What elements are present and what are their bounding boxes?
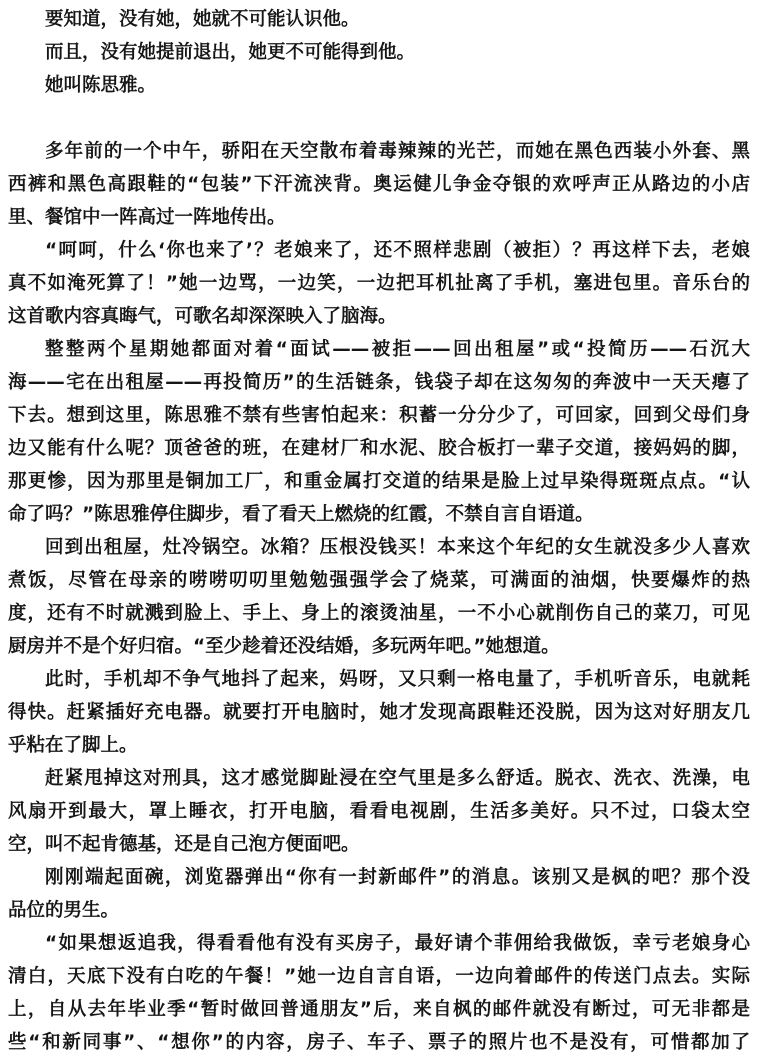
text-line: 西裤和黑色高跟鞋的“包装”下汗流浃背。奥运健儿争金夺银的欢呼声正从路边的小店 [8,168,750,201]
paragraph: “呵呵，什么‘你也来了’？老娘来了，还不照样悲剧（被拒）？再这样下去，老娘 真不… [8,234,750,333]
paragraph: 她叫陈思雅。 [8,69,750,102]
text-line: 整整两个星期她都面对着“面试——被拒——回出租屋”或“投简历——石沉大 [8,333,750,366]
text-line: 她叫陈思雅。 [8,69,750,102]
text-line: 刚刚端起面碗，浏览器弹出“你有一封新邮件”的消息。该别又是枫的吧？那个没 [8,861,750,894]
text-line: 些“和新同事”、“想你”的内容，房子、车子、票子的照片也不是没有，可惜都加了 [8,1026,750,1059]
text-line: 风扇开到最大，罩上睡衣，打开电脑，看看电视剧，生活多美好。只不过，口袋太空 [8,795,750,828]
text-line: 多年前的一个中午，骄阳在天空散布着毒辣辣的光芒，而她在黑色西装小外套、黑 [8,135,750,168]
document-page: 要知道，没有她，她就不可能认识他。 而且，没有她提前退出，她更不可能得到他。 她… [0,0,758,1062]
text-line: 命了吗？”陈思雅停住脚步，看了看天上燃烧的红霞，不禁自言自语道。 [8,498,750,531]
text-line: 海——宅在出租屋——再投简历”的生活链条，钱袋子却在这匆匆的奔波中一天天瘪了 [8,366,750,399]
paragraph: 要知道，没有她，她就不可能认识他。 [8,3,750,36]
paragraph: 整整两个星期她都面对着“面试——被拒——回出租屋”或“投简历——石沉大 海——宅… [8,333,750,531]
text-line: 回到出租屋，灶冷锅空。冰箱？压根没钱买！本来这个年纪的女生就没多少人喜欢 [8,531,750,564]
text-line: 那更惨，因为那里是铜加工厂，和重金属打交道的结果是脸上过早染得斑斑点点。“认 [8,465,750,498]
text-line: 清白，天底下没有白吃的午餐！”她一边自言自语，一边向着邮件的传送门点去。实际 [8,960,750,993]
paragraph: 多年前的一个中午，骄阳在天空散布着毒辣辣的光芒，而她在黑色西装小外套、黑 西裤和… [8,135,750,234]
text-line: 而且，没有她提前退出，她更不可能得到他。 [8,36,750,69]
text-line: 要知道，没有她，她就不可能认识他。 [8,3,750,36]
text-line: “如果想返追我，得看看他有没有买房子，最好请个菲佣给我做饭，幸亏老娘身心 [8,927,750,960]
text-line: 此时，手机却不争气地抖了起来，妈呀，又只剩一格电量了，手机听音乐，电就耗 [8,663,750,696]
text-line: 边又能有什么呢？顶爸爸的班，在建材厂和水泥、胶合板打一辈子交道，接妈妈的脚， [8,432,750,465]
paragraph: 而且，没有她提前退出，她更不可能得到他。 [8,36,750,69]
paragraph: 此时，手机却不争气地抖了起来，妈呀，又只剩一格电量了，手机听音乐，电就耗 得快。… [8,663,750,762]
text-line: 赶紧甩掉这对刑具，这才感觉脚趾浸在空气里是多么舒适。脱衣、洗衣、洗澡，电 [8,762,750,795]
text-line: 真不如淹死算了！”她一边骂，一边笑，一边把耳机扯离了手机，塞进包里。音乐台的 [8,267,750,300]
text-line: 这首歌内容真晦气，可歌名却深深映入了脑海。 [8,300,750,333]
text-line: 里、餐馆中一阵高过一阵地传出。 [8,201,750,234]
paragraph: 赶紧甩掉这对刑具，这才感觉脚趾浸在空气里是多么舒适。脱衣、洗衣、洗澡，电 风扇开… [8,762,750,861]
text-line: 乎粘在了脚上。 [8,729,750,762]
text-line: 下去。想到这里，陈思雅不禁有些害怕起来：积蓄一分分少了，可回家，回到父母们身 [8,399,750,432]
text-line: 品位的男生。 [8,894,750,927]
text-line: 空，叫不起肯德基，还是自己泡方便面吧。 [8,828,750,861]
text-line: “呵呵，什么‘你也来了’？老娘来了，还不照样悲剧（被拒）？再这样下去，老娘 [8,234,750,267]
paragraph: 回到出租屋，灶冷锅空。冰箱？压根没钱买！本来这个年纪的女生就没多少人喜欢 煮饭，… [8,531,750,663]
text-line: 厨房并不是个好归宿。“至少趁着还没结婚，多玩两年吧。”她想道。 [8,630,750,663]
text-line: 煮饭，尽管在母亲的唠唠叨叨里勉勉强强学会了烧菜，可满面的油烟，快要爆炸的热 [8,564,750,597]
text-line: 上，自从去年毕业季“暂时做回普通朋友”后，来自枫的邮件就没有断过，可无非都是 [8,993,750,1026]
text-line: 度，还有不时就溅到脸上、手上、身上的滚烫油星，一不小心就削伤自己的菜刀，可见 [8,597,750,630]
paragraph: “如果想返追我，得看看他有没有买房子，最好请个菲佣给我做饭，幸亏老娘身心 清白，… [8,927,750,1059]
paragraph: 刚刚端起面碗，浏览器弹出“你有一封新邮件”的消息。该别又是枫的吧？那个没 品位的… [8,861,750,927]
text-line: 得快。赶紧插好充电器。就要打开电脑时，她才发现高跟鞋还没脱，因为这对好朋友几 [8,696,750,729]
